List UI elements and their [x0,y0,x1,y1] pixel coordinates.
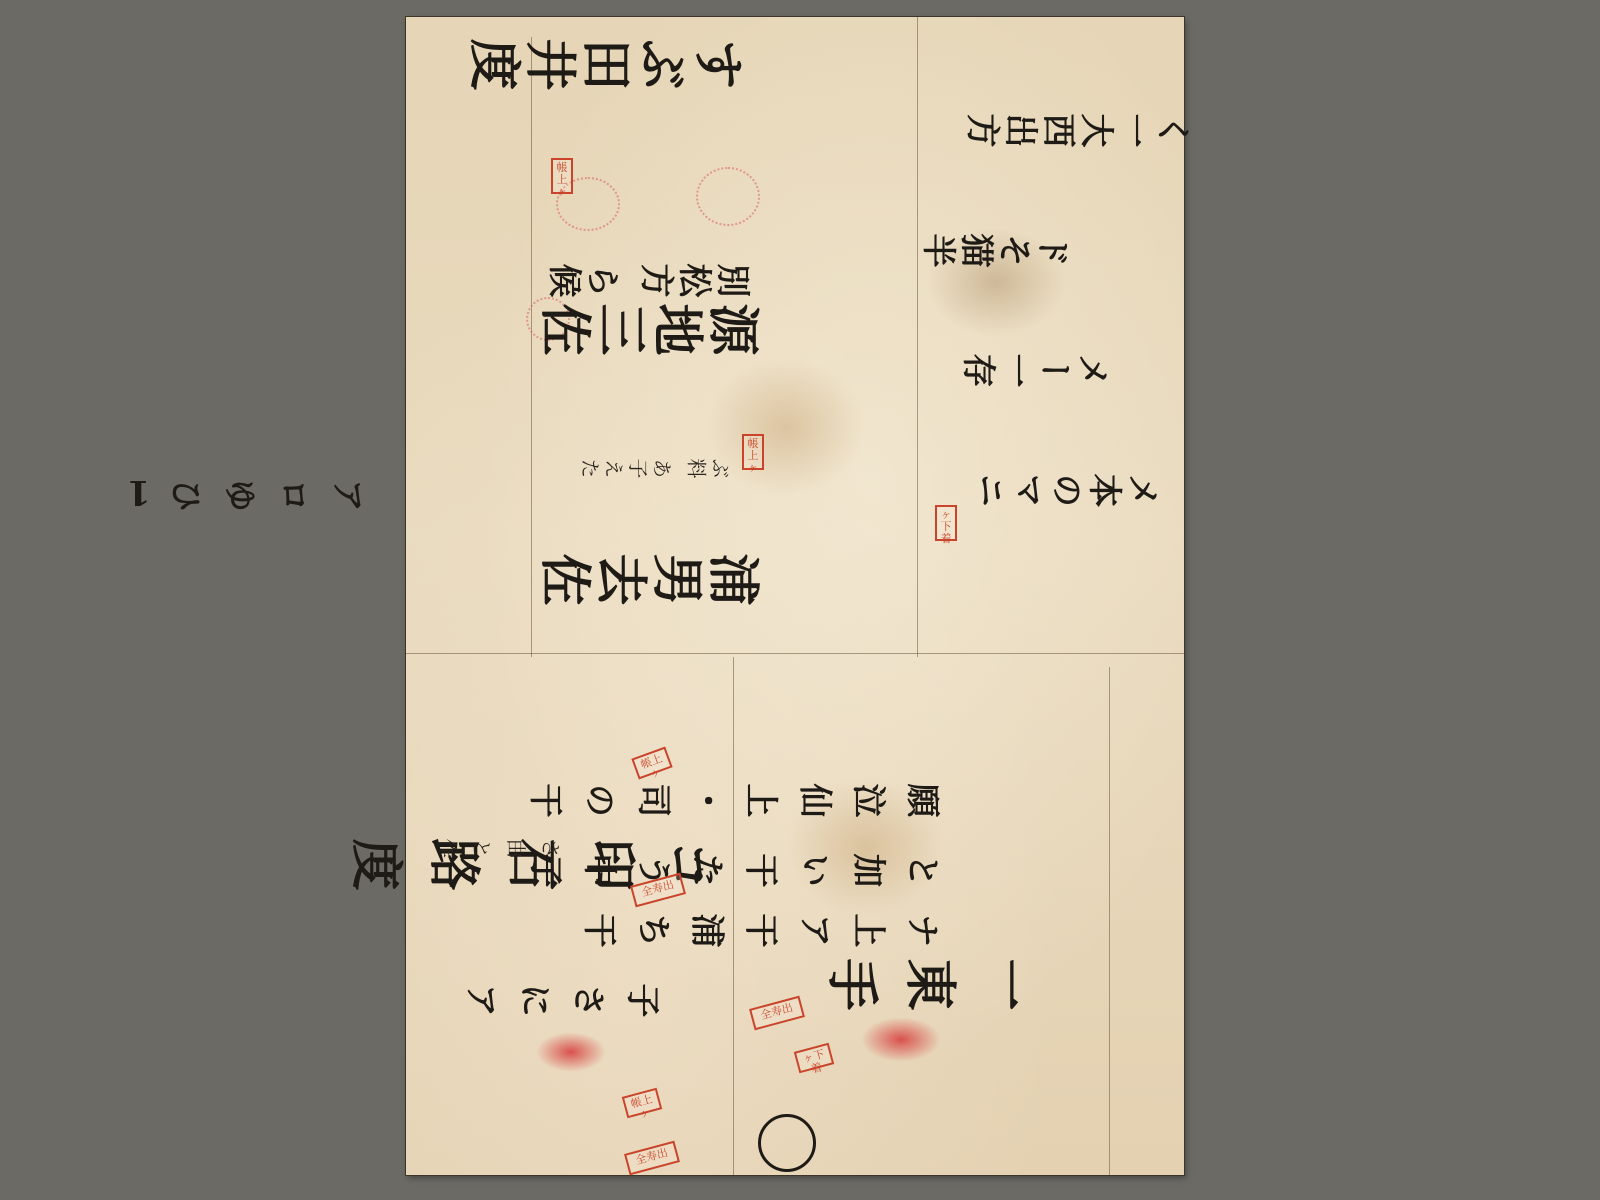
text-column: 願 泣 仙 上 ・ 司 の 干 [561,772,941,822]
seal-stamp: 全寿出 [624,1141,680,1176]
panel-divider [406,653,1184,654]
text-column: 浦男去佐 [471,552,761,612]
faint-seal [696,167,760,226]
seal-stamp: ヶ下着 [935,505,957,541]
text-column: 源地三佐 [471,302,761,362]
panel-divider [917,17,918,657]
text-column: ドそ猫半 [851,222,1071,272]
text-column: メ本のマニ [861,462,1161,512]
text-column: すぶ田井度 [446,37,746,97]
red-ink-smear [536,1032,606,1072]
circled-mark [758,1114,816,1172]
text-column: メー一存 [871,342,1111,392]
text-column: ア ロ ゆ ひ 1 [66,477,366,517]
text-column: さ 由 と 作 [361,832,561,862]
seal-stamp: ヶ下着 [794,1043,834,1074]
document-sheet: ア ロ ゆ ひ 1 すぶ田井度 別松方 ら候 源地三佐 ぶ料 あ子えた 浦男去佐… [406,17,1184,1175]
seal-stamp: 帳上ヶ [742,434,764,470]
text-column: く一大西出方 [931,102,1191,152]
text-column: ぶ料 あ子えた [471,452,731,482]
seal-stamp: 帳上ヶ [622,1088,662,1119]
seal-stamp: 帳上ヶ [551,158,573,194]
panel-divider [1109,667,1110,1175]
text-column: 子 さ に ア [401,972,661,1022]
red-ink-smear [861,1017,941,1062]
